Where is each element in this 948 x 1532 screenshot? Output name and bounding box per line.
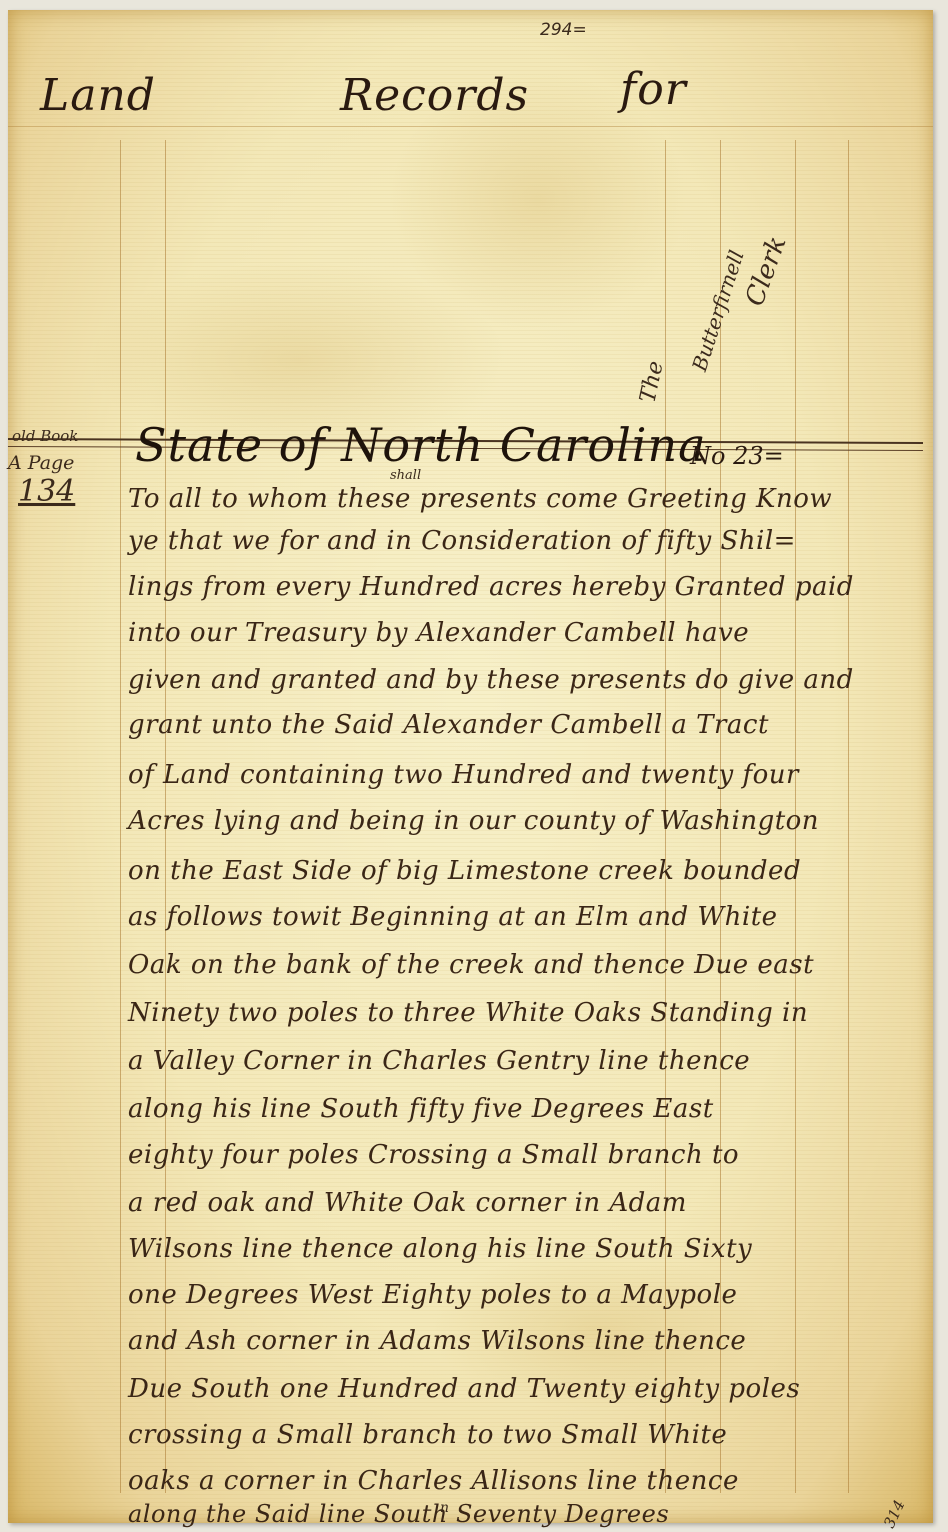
ruled-margin-line xyxy=(120,140,121,1493)
body-line: oaks a corner in Charles Allisons line t… xyxy=(128,1466,739,1496)
body-line: along the Said line South Seventy Degree… xyxy=(128,1500,669,1528)
body-line: a Valley Corner in Charles Gentry line t… xyxy=(128,1046,750,1076)
body-line: grant unto the Said Alexander Cambell a … xyxy=(128,710,769,740)
ruled-line-header xyxy=(8,126,933,127)
body-line: of Land containing two Hundred and twent… xyxy=(128,760,799,790)
body-line: lings from every Hundred acres hereby Gr… xyxy=(128,572,854,602)
body-line: Oak on the bank of the creek and thence … xyxy=(128,950,814,980)
body-line: along his line South fifty five Degrees … xyxy=(128,1094,714,1124)
entry-heading: State of North Carolina xyxy=(135,418,707,472)
body-line: ye that we for and in Consideration of f… xyxy=(128,526,796,556)
body-line: a red oak and White Oak corner in Adam xyxy=(128,1188,687,1218)
ruled-column-line xyxy=(848,140,849,1493)
body-line: Due South one Hundred and Twenty eighty … xyxy=(128,1374,800,1404)
book-page-number: 134 xyxy=(18,474,75,509)
body-line: given and granted and by these presents … xyxy=(128,665,854,695)
header-word-for: for xyxy=(620,64,687,115)
body-line: Ninety two poles to three White Oaks Sta… xyxy=(128,998,808,1028)
header-word-records: Records xyxy=(340,70,529,121)
bottom-mark: n xyxy=(440,1500,449,1516)
body-line: as follows towit Beginning at an Elm and… xyxy=(128,902,778,932)
grant-number: No 23= xyxy=(690,442,784,470)
body-line: To all to whom these presents come Greet… xyxy=(128,484,832,514)
body-line: Acres lying and being in our county of W… xyxy=(128,806,819,836)
body-line: crossing a Small branch to two Small Whi… xyxy=(128,1420,727,1450)
body-line: eighty four poles Crossing a Small branc… xyxy=(128,1140,739,1170)
header-word-land: Land xyxy=(40,70,156,121)
interlined-word: shall xyxy=(390,468,421,483)
body-line: on the East Side of big Limestone creek … xyxy=(128,856,801,886)
body-line: one Degrees West Eighty poles to a Maypo… xyxy=(128,1280,737,1310)
old-book-label: old Book xyxy=(12,427,78,445)
body-line: Wilsons line thence along his line South… xyxy=(128,1234,752,1264)
body-line: into our Treasury by Alexander Cambell h… xyxy=(128,618,749,648)
book-page-label: A Page xyxy=(8,452,74,474)
folio-number: 294= xyxy=(540,20,587,40)
body-line: and Ash corner in Adams Wilsons line the… xyxy=(128,1326,746,1356)
